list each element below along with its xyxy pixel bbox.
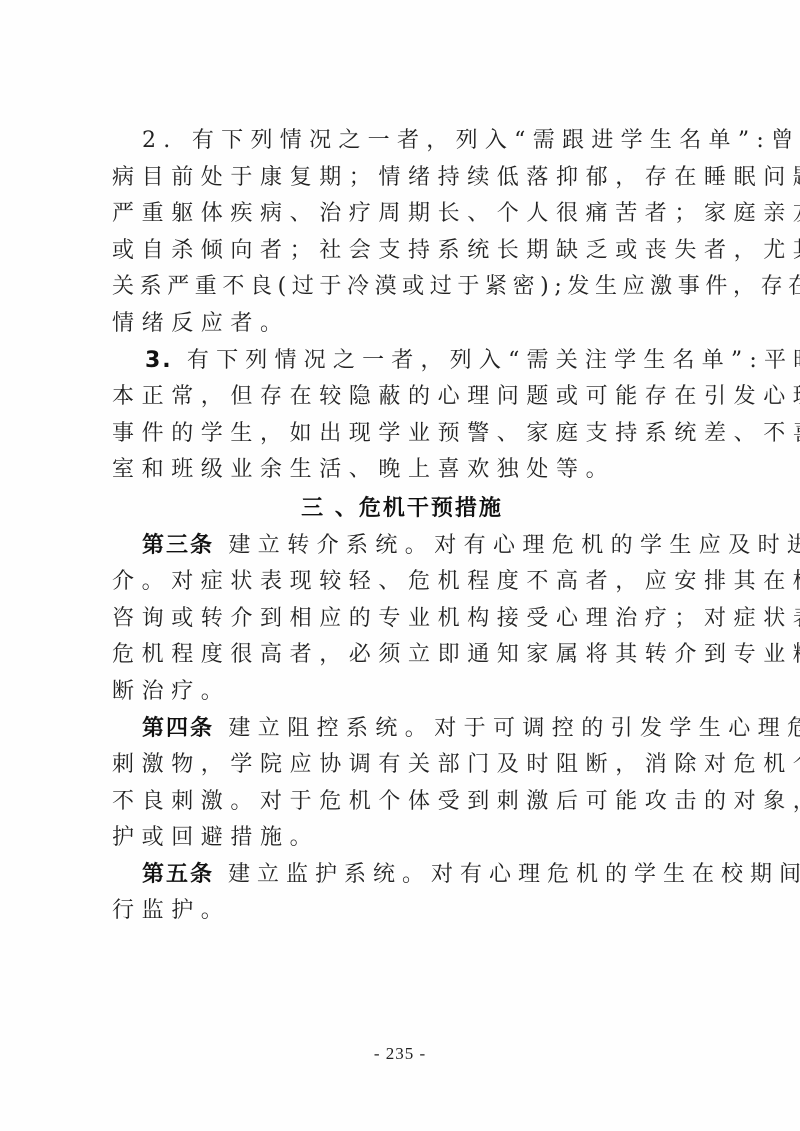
section-heading: 三 、危机干预措施 [112,491,692,528]
text-line: 咨询或转介到相应的专业机构接受心理治疗；对症状表现严重、 [112,601,692,638]
text-line: 本正常，但存在较隐蔽的心理问题或可能存在引发心理问题苗头 [112,379,692,416]
text-line: 刺激物，学院应协调有关部门及时阻断，消除对危机个体的持续 [112,747,692,784]
text-run: 建立监护系统。对有心理危机的学生在校期间要进 [214,862,800,887]
text-run: 建立阻控系统。对于可调控的引发学生心理危机的 [214,716,800,741]
text-line: 第五条 建立监护系统。对有心理危机的学生在校期间要进 [112,857,692,894]
text-line: 室和班级业余生活、晚上喜欢独处等。 [112,452,692,489]
page-number: - 235 - [0,1044,800,1064]
article-4: 第四条 建立阻控系统。对于可调控的引发学生心理危机的 刺激物，学院应协调有关部门… [112,711,692,857]
text-line: 关系严重不良(过于冷漠或过于紧密);发生应激事件，存在 一 定 [112,269,692,306]
text-line: 3. 有下列情况之一者，列入“需关注学生名单”:平时表现基 [112,343,692,380]
text-line: 事件的学生，如出现学业预警、家庭支持系统差、不喜欢参加寝 [112,416,692,453]
text-line: 不良刺激。对于危机个体受到刺激后可能攻击的对象，应采取保 [112,784,692,821]
text-run: 建立转介系统。对有心理危机的学生应及时进行转 [214,533,800,558]
text-line: 病目前处于康复期；情绪持续低落抑郁，存在睡眠问题者；患有 [112,160,692,197]
text-line: 情绪反应者。 [112,306,692,343]
text-line: 严重躯体疾病、治疗周期长、个人很痛苦者；家庭亲友有自杀史 [112,196,692,233]
article-5: 第五条 建立监护系统。对有心理危机的学生在校期间要进 行监护。 [112,857,692,930]
text-run: 有下列情况之一者，列入“需关注学生名单”:平时表现基 [173,348,800,373]
text-line: 第三条 建立转介系统。对有心理危机的学生应及时进行转 [112,528,692,565]
text-line: 护或回避措施。 [112,820,692,857]
article-title: 第五条 [142,862,214,887]
text-line: 或自杀倾向者；社会支持系统长期缺乏或丧失者，尤其家庭亲子 [112,233,692,270]
text-line: 第四条 建立阻控系统。对于可调控的引发学生心理危机的 [112,711,692,748]
text-line: 危机程度很高者，必须立即通知家属将其转介到专业精神医院诊 [112,637,692,674]
article-title: 第四条 [142,716,214,741]
text-line: 介。对症状表现较轻、危机程度不高者，应安排其在校接受心理 [112,564,692,601]
text-line: 行监护。 [112,893,692,930]
page-body: 2. 有下列情况之一者，列入“需跟进学生名单”:曾患心理疾 病目前处于康复期；情… [112,123,692,930]
item-number: 3. [145,348,173,373]
paragraph-item-3: 3. 有下列情况之一者，列入“需关注学生名单”:平时表现基 本正常，但存在较隐蔽… [112,343,692,489]
text-line: 断治疗。 [112,674,692,711]
text-line: 2. 有下列情况之一者，列入“需跟进学生名单”:曾患心理疾 [112,123,692,160]
paragraph-item-2: 2. 有下列情况之一者，列入“需跟进学生名单”:曾患心理疾 病目前处于康复期；情… [112,123,692,343]
document-page: 2. 有下列情况之一者，列入“需跟进学生名单”:曾患心理疾 病目前处于康复期；情… [0,0,800,1131]
article-3: 第三条 建立转介系统。对有心理危机的学生应及时进行转 介。对症状表现较轻、危机程… [112,528,692,711]
article-title: 第三条 [142,533,214,558]
